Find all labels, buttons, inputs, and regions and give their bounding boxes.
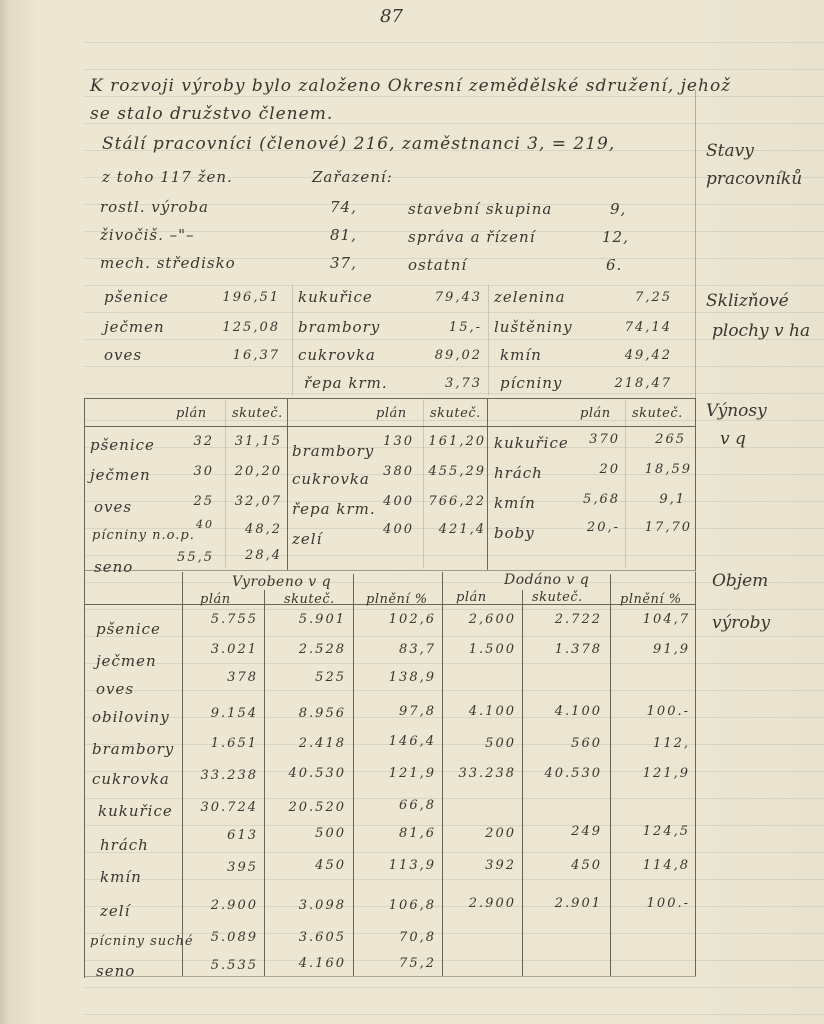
- table-rule: [610, 574, 611, 976]
- yield-plan: 380: [370, 464, 414, 479]
- deliv-col-pct: plnění %: [620, 592, 682, 607]
- table-rule: [353, 574, 354, 976]
- page-number: 87: [380, 6, 403, 27]
- yields-col-plan: plán: [376, 406, 407, 421]
- group-name: mech. středisko: [100, 254, 236, 272]
- prod-plan: 5.535: [186, 958, 258, 973]
- area-crop: oves: [104, 346, 142, 364]
- prod-plan: 9.154: [186, 706, 258, 721]
- table-rule: [182, 572, 183, 976]
- area-value: 7,25: [600, 290, 672, 305]
- deliv-actual: 4.100: [524, 704, 602, 719]
- prod-plan: 33.238: [186, 768, 258, 783]
- yield-plan: 55,5: [170, 550, 214, 565]
- prod-actual: 2.528: [268, 642, 346, 657]
- prod-pct: 97,8: [356, 704, 436, 719]
- yield-crop: ječmen: [90, 466, 151, 484]
- yields-col-actual: skuteč.: [232, 406, 283, 421]
- prod-pct: 138,9: [356, 670, 436, 685]
- yield-plan: 32: [170, 434, 214, 449]
- deliv-plan: 500: [444, 736, 516, 751]
- yield-crop: seno: [94, 558, 133, 576]
- prod-pct: 66,8: [356, 798, 436, 813]
- deliv-pct: 91,9: [612, 642, 690, 657]
- yield-crop: boby: [494, 524, 535, 542]
- table-rule: [487, 398, 488, 570]
- prod-pct: 102,6: [356, 612, 436, 627]
- area-value: 218,47: [600, 376, 672, 391]
- prod-plan: 2.900: [186, 898, 258, 913]
- group-value: 37,: [330, 254, 357, 272]
- yields-col-plan: plán: [580, 406, 611, 421]
- area-value: 74,14: [600, 320, 672, 335]
- yields-col-actual: skuteč.: [430, 406, 481, 421]
- area-divider: [292, 285, 293, 395]
- area-crop: ječmen: [104, 318, 165, 336]
- prod-crop: zelí: [100, 902, 130, 920]
- group-name: rostl. výroba: [100, 198, 209, 216]
- prod-pct: 70,8: [356, 930, 436, 945]
- yield-plan: 370: [576, 432, 620, 447]
- prod-actual: 4.160: [268, 956, 346, 971]
- yield-actual: 18,59: [630, 462, 692, 477]
- area-crop: pícniny: [500, 374, 562, 392]
- yield-plan: 30: [170, 464, 214, 479]
- area-value: 89,02: [410, 348, 482, 363]
- table-rule: [225, 400, 226, 568]
- margin-note-areas-1: Sklizňové: [706, 288, 789, 314]
- group-value: 9,: [610, 200, 626, 218]
- yield-actual: 161,20: [426, 434, 486, 449]
- table-rule: [695, 572, 696, 976]
- prod-crop: pšenice: [96, 620, 161, 638]
- deliv-actual: 450: [524, 858, 602, 873]
- deliv-plan: 200: [444, 826, 516, 841]
- deliv-actual: 560: [524, 736, 602, 751]
- yield-crop: cukrovka: [292, 470, 370, 488]
- yield-actual: 17,70: [630, 520, 692, 535]
- yield-plan: 20,-: [570, 520, 620, 535]
- group-name: ostatní: [408, 256, 467, 274]
- prod-pct: 75,2: [356, 956, 436, 971]
- table-rule: [695, 398, 696, 570]
- margin-note-workers-2: pracovníků: [706, 166, 802, 192]
- ledger-page: 87 K rozvoji výroby bylo založeno Okresn…: [0, 0, 824, 1024]
- margin-note-yields-1: Výnosy: [706, 398, 767, 424]
- yield-actual: 9,1: [630, 492, 686, 507]
- prod-crop: seno: [96, 962, 135, 980]
- prod-pct: 83,7: [356, 642, 436, 657]
- prod-actual: 8.956: [268, 706, 346, 721]
- table-rule: [625, 400, 626, 568]
- yield-actual: 265: [630, 432, 686, 447]
- yield-actual: 20,20: [228, 464, 282, 479]
- yield-plan: 400: [370, 494, 414, 509]
- margin-note-workers-1: Stavy: [706, 138, 754, 164]
- yield-actual: 31,15: [228, 434, 282, 449]
- margin-note-areas-2: plochy v ha: [712, 318, 810, 344]
- deliv-pct: 114,8: [612, 858, 690, 873]
- yield-plan: 40: [170, 518, 214, 531]
- prod-actual: 500: [268, 826, 346, 841]
- yield-crop: kukuřice: [494, 434, 569, 452]
- yield-actual: 455,29: [426, 464, 486, 479]
- deliv-col-actual: skuteč.: [532, 590, 583, 605]
- table-rule: [84, 398, 85, 978]
- yield-crop: zelí: [292, 530, 322, 548]
- area-value: 125,08: [210, 320, 280, 335]
- prod-actual: 525: [268, 670, 346, 685]
- prod-crop: oves: [96, 680, 134, 698]
- produced-header: Vyrobeno v q: [232, 574, 331, 590]
- deliv-actual: 249: [524, 824, 602, 839]
- yield-crop: pšenice: [90, 436, 155, 454]
- prod-crop: pícniny suché: [90, 934, 194, 949]
- table-rule: [264, 590, 265, 976]
- prod-plan: 5.755: [186, 612, 258, 627]
- prod-plan: 5.089: [186, 930, 258, 945]
- prod-actual: 450: [268, 858, 346, 873]
- area-divider: [488, 285, 489, 395]
- prod-actual: 5.901: [268, 612, 346, 627]
- yield-actual: 28,4: [228, 548, 282, 563]
- deliv-actual: 1.378: [524, 642, 602, 657]
- area-value: 16,37: [210, 348, 280, 363]
- area-crop: luštěniny: [494, 318, 573, 336]
- prod-crop: hrách: [100, 836, 149, 854]
- yield-actual: 421,4: [426, 522, 486, 537]
- prod-col-pct: plnění %: [366, 592, 428, 607]
- yield-crop: hrách: [494, 464, 543, 482]
- area-crop: řepa krm.: [304, 374, 388, 392]
- table-rule: [84, 398, 696, 399]
- deliv-pct: 112,: [612, 736, 690, 751]
- prod-actual: 3.098: [268, 898, 346, 913]
- margin-note-yields-2: v q: [720, 426, 746, 452]
- group-value: 6.: [606, 256, 622, 274]
- deliv-plan: 392: [444, 858, 516, 873]
- prod-pct: 146,4: [356, 734, 436, 749]
- prod-plan: 3.021: [186, 642, 258, 657]
- group-value: 12,: [602, 228, 629, 246]
- deliv-pct: 121,9: [612, 766, 690, 781]
- area-value: 49,42: [600, 348, 672, 363]
- table-rule: [522, 590, 523, 976]
- yield-crop: řepa krm.: [292, 500, 376, 518]
- yield-plan: 20: [576, 462, 620, 477]
- table-rule: [84, 426, 696, 427]
- margin-note-volume-1: Objem: [712, 568, 768, 594]
- yield-crop: kmín: [494, 494, 536, 512]
- delivered-header: Dodáno v q: [504, 572, 589, 588]
- deliv-actual: 40.530: [524, 766, 602, 781]
- prod-crop: ječmen: [96, 652, 157, 670]
- workers-women: z toho 117 žen.: [102, 168, 233, 186]
- deliv-pct: 100.-: [612, 704, 690, 719]
- yield-plan: 130: [370, 434, 414, 449]
- prod-crop: brambory: [92, 740, 174, 758]
- deliv-pct: 124,5: [612, 824, 690, 839]
- deliv-actual: 2.901: [524, 896, 602, 911]
- intro-line-1: K rozvoji výroby bylo založeno Okresní z…: [90, 76, 731, 96]
- yield-plan: 5,68: [570, 492, 620, 507]
- area-crop: kukuřice: [298, 288, 373, 306]
- yield-crop: oves: [94, 498, 132, 516]
- prod-crop: kukuřice: [98, 802, 173, 820]
- deliv-plan: 4.100: [444, 704, 516, 719]
- area-value: 15,-: [410, 320, 482, 335]
- prod-plan: 613: [186, 828, 258, 843]
- area-value: 196,51: [210, 290, 280, 305]
- prod-pct: 81,6: [356, 826, 436, 841]
- table-rule: [84, 976, 696, 977]
- area-crop: cukrovka: [298, 346, 376, 364]
- prod-crop: cukrovka: [92, 770, 170, 788]
- area-crop: pšenice: [104, 288, 169, 306]
- area-crop: brambory: [298, 318, 380, 336]
- area-value: 3,73: [410, 376, 482, 391]
- deliv-plan: 33.238: [444, 766, 516, 781]
- area-crop: zelenina: [494, 288, 566, 306]
- prod-pct: 121,9: [356, 766, 436, 781]
- margin-note-volume-2: výroby: [712, 610, 770, 636]
- yield-crop: brambory: [292, 442, 374, 460]
- prod-crop: kmín: [100, 868, 142, 886]
- table-rule: [442, 572, 443, 976]
- yield-plan: 400: [370, 522, 414, 537]
- prod-actual: 20.520: [268, 800, 346, 815]
- deliv-pct: 104,7: [612, 612, 690, 627]
- prod-actual: 3.605: [268, 930, 346, 945]
- prod-pct: 113,9: [356, 858, 436, 873]
- prod-plan: 30.724: [186, 800, 258, 815]
- group-name: správa a řízení: [408, 228, 536, 246]
- deliv-pct: 100.-: [612, 896, 690, 911]
- deliv-actual: 2.722: [524, 612, 602, 627]
- yields-col-plan: plán: [176, 406, 207, 421]
- prod-col-actual: skuteč.: [284, 592, 335, 607]
- table-rule: [287, 398, 288, 570]
- deliv-plan: 2,600: [444, 612, 516, 627]
- group-name: stavební skupina: [408, 200, 552, 218]
- prod-pct: 106,8: [356, 898, 436, 913]
- yield-plan: 25: [170, 494, 214, 509]
- prod-col-plan: plán: [200, 592, 231, 607]
- deliv-col-plan: plán: [456, 590, 487, 605]
- area-value: 79,43: [410, 290, 482, 305]
- prod-plan: 378: [186, 670, 258, 685]
- area-crop: kmín: [500, 346, 542, 364]
- table-rule: [423, 400, 424, 568]
- group-name: živočiš. –"–: [100, 226, 195, 244]
- prod-actual: 40.530: [268, 766, 346, 781]
- prod-crop: obiloviny: [92, 708, 170, 726]
- group-value: 81,: [330, 226, 357, 244]
- deliv-plan: 1.500: [444, 642, 516, 657]
- workers-total: Stálí pracovníci (členové) 216, zaměstna…: [102, 134, 615, 154]
- prod-plan: 395: [186, 860, 258, 875]
- prod-plan: 1.651: [186, 736, 258, 751]
- assignment-label: Zařazení:: [312, 168, 393, 186]
- intro-line-2: se stalo družstvo členem.: [90, 104, 333, 124]
- yield-actual: 766,22: [426, 494, 486, 509]
- yield-actual: 48,2: [228, 522, 282, 537]
- group-value: 74,: [330, 198, 357, 216]
- yield-actual: 32,07: [228, 494, 282, 509]
- table-rule: [84, 570, 696, 571]
- yields-col-actual: skuteč.: [632, 406, 683, 421]
- deliv-plan: 2.900: [444, 896, 516, 911]
- prod-actual: 2.418: [268, 736, 346, 751]
